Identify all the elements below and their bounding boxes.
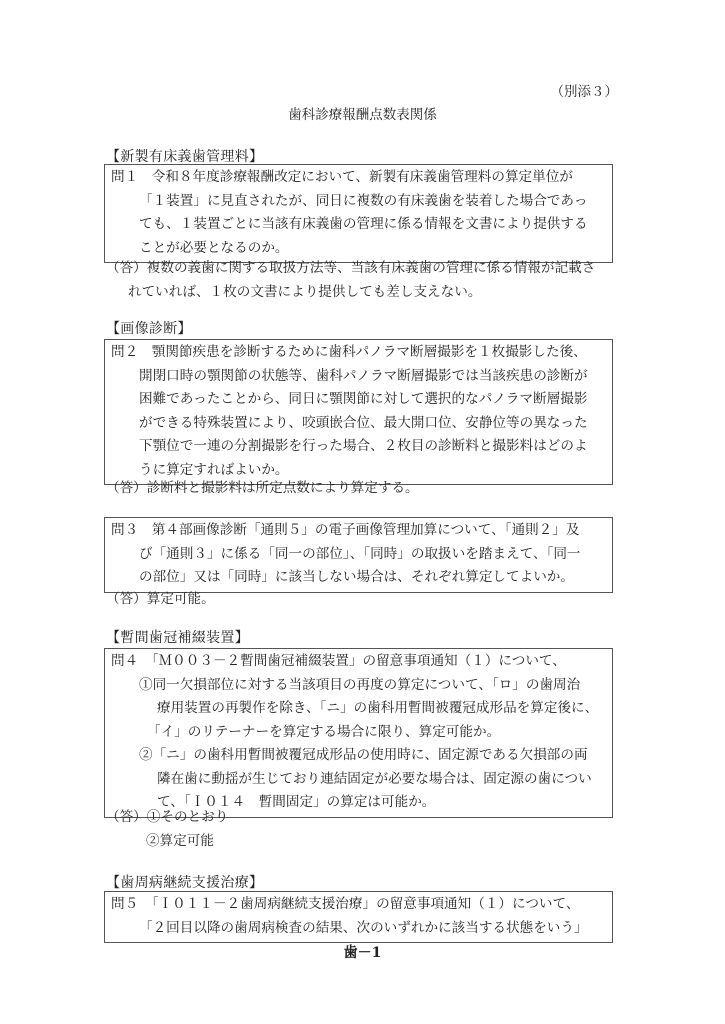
- answer-q4: （答）①そのとおり ②算定可能: [106, 806, 228, 853]
- question-text: 下顎位で一連の分割撮影を行った場合、２枚目の診断料と撮影料はどのよ: [111, 435, 606, 459]
- question-box-q3: 問３ 第４部画像診断「通則５」の電子画像管理加算について、「通則２」及 び「通則…: [104, 517, 613, 593]
- answer-text: ②算定可能: [106, 830, 228, 854]
- question-text: 問１ 令和８年度診療報酬改定において、新製有床義歯管理料の算定単位が: [111, 166, 606, 190]
- section-heading-imaging: 【画像診断】: [106, 318, 192, 338]
- question-box-q4: 問４ 「Ｍ００３－２暫間歯冠補綴装置」の留意事項通知（１）について、 ①同一欠損…: [104, 648, 613, 818]
- answer-text: （答）算定可能。: [106, 588, 215, 612]
- question-text: ②「ニ」の歯科用暫間被覆冠成形品の使用時に、固定源である欠損部の両: [111, 744, 606, 768]
- question-text: 開閉口時の顎関節の状態等、歯科パノラマ断層撮影では当該疾患の診断が: [111, 365, 606, 389]
- answer-text: （答）診断料と撮影料は所定点数により算定する。: [106, 477, 419, 501]
- question-text: 問４ 「Ｍ００３－２暫間歯冠補綴装置」の留意事項通知（１）について、: [111, 650, 606, 674]
- question-text: 問３ 第４部画像診断「通則５」の電子画像管理加算について、「通則２」及: [111, 519, 606, 543]
- question-box-q1: 問１ 令和８年度診療報酬改定において、新製有床義歯管理料の算定単位が 「１装置」…: [104, 164, 613, 263]
- question-text: 問２ 顎関節疾患を診断するために歯科パノラマ断層撮影を１枚撮影した後、: [111, 341, 606, 365]
- question-text: 「１装置」に見直されたが、同日に複数の有床義歯を装着した場合であっ: [111, 190, 606, 214]
- answer-q3: （答）算定可能。: [106, 588, 215, 612]
- answer-text: （答）複数の義歯に関する取扱方法等、当該有床義歯の管理に係る情報が記載さ: [106, 257, 595, 281]
- answer-q1: （答）複数の義歯に関する取扱方法等、当該有床義歯の管理に係る情報が記載さ れてい…: [106, 257, 595, 304]
- question-text: 療用装置の再製作を除き、「ニ」の歯科用暫間被覆冠成形品を算定後に、: [111, 697, 606, 721]
- question-text: 「イ」のリテーナーを算定する場合に限り、算定可能か。: [111, 721, 606, 745]
- question-text: 問５ 「Ｉ０１１－２歯周病継続支援治療」の留意事項通知（１）について、: [111, 893, 606, 917]
- page-number: 歯－1: [0, 942, 725, 962]
- question-text: び「通則３」に係る「同一の部位」、「同時」の取扱いを踏まえて、「同一: [111, 543, 606, 567]
- section-heading-denture-management: 【新製有床義歯管理料】: [106, 146, 263, 166]
- question-text: 困難であったことから、同日に顎関節に対して選択的なパノラマ断層撮影: [111, 388, 606, 412]
- question-text: ができる特殊装置により、咬頭嵌合位、最大開口位、安静位等の異なった: [111, 412, 606, 436]
- answer-text: （答）①そのとおり: [106, 806, 228, 830]
- question-text: ても、１装置ごとに当該有床義歯の管理に係る情報を文書により提供する: [111, 213, 606, 237]
- question-text: の部位」又は「同時」に該当しない場合は、それぞれ算定してよいか。: [111, 566, 606, 590]
- answer-text: れていれば、１枚の文書により提供しても差し支えない。: [106, 281, 595, 305]
- question-box-q5: 問５ 「Ｉ０１１－２歯周病継続支援治療」の留意事項通知（１）について、 「２回目…: [104, 891, 613, 943]
- document-page: （別添３） 歯科診療報酬点数表関係 【新製有床義歯管理料】 問１ 令和８年度診療…: [0, 0, 725, 1024]
- question-box-q2: 問２ 顎関節疾患を診断するために歯科パノラマ断層撮影を１枚撮影した後、 開閉口時…: [104, 339, 613, 485]
- attachment-label: （別添３）: [551, 80, 619, 100]
- page-title: 歯科診療報酬点数表関係: [0, 103, 725, 123]
- section-heading-periodontal-support: 【歯周病継続支援治療】: [106, 872, 263, 892]
- question-text: 「２回目以降の歯周病検査の結果、次のいずれかに該当する状態をいう」: [111, 917, 606, 941]
- answer-q2: （答）診断料と撮影料は所定点数により算定する。: [106, 477, 419, 501]
- section-heading-temporary-crown: 【暫間歯冠補綴装置】: [106, 627, 249, 647]
- question-text: ①同一欠損部位に対する当該項目の再度の算定について、「ロ」の歯周治: [111, 674, 606, 698]
- question-text: 隣在歯に動揺が生じており連結固定が必要な場合は、固定源の歯につい: [111, 768, 606, 792]
